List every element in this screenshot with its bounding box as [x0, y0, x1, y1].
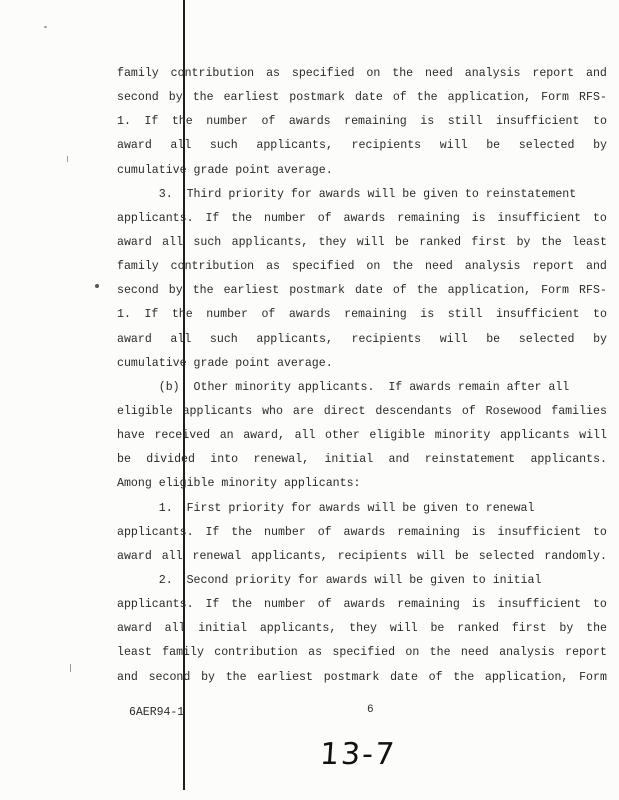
- footer-document-code: 6AER94-1: [129, 706, 184, 719]
- text-line: awardallsuchapplicants,recipientswillbes…: [117, 134, 607, 158]
- text-line: awardallinitialapplicants,theywillberank…: [117, 617, 607, 641]
- text-line: secondbytheearliestpostmarkdateoftheappl…: [117, 86, 607, 110]
- text-line: awardallsuchapplicants,theywillberankedf…: [117, 231, 607, 255]
- text-line: 2. Second priority for awards will be gi…: [117, 569, 607, 593]
- text-line: 1. First priority for awards will be giv…: [117, 497, 607, 521]
- body-text: familycontributionasspecifiedontheneedan…: [117, 62, 607, 690]
- text-line: applicants.Ifthenumberofawardsremainingi…: [117, 207, 607, 231]
- scan-speck: [67, 156, 68, 162]
- text-line: applicants.Ifthenumberofawardsremainingi…: [117, 521, 607, 545]
- text-line: bedividedintorenewal,initialandreinstate…: [117, 448, 607, 472]
- text-line: secondbytheearliestpostmarkdateoftheappl…: [117, 279, 607, 303]
- text-line: cumulative grade point average.: [117, 159, 607, 183]
- text-line: 3. Third priority for awards will be giv…: [117, 183, 607, 207]
- text-line: leastfamilycontributionasspecifiedonthen…: [117, 641, 607, 665]
- text-line: Among eligible minority applicants:: [117, 472, 607, 496]
- text-line: havereceivedanaward,allothereligiblemino…: [117, 424, 607, 448]
- document-page: familycontributionasspecifiedontheneedan…: [0, 0, 619, 800]
- text-line: familycontributionasspecifiedontheneedan…: [117, 255, 607, 279]
- text-line: applicants.Ifthenumberofawardsremainingi…: [117, 593, 607, 617]
- text-line: andsecondbytheearliestpostmarkdateofthea…: [117, 666, 607, 690]
- handwritten-note: 13-7: [319, 737, 398, 772]
- text-line: cumulative grade point average.: [117, 352, 607, 376]
- text-line: 1.Ifthenumberofawardsremainingisstillins…: [117, 110, 607, 134]
- text-line: awardallsuchapplicants,recipientswillbes…: [117, 328, 607, 352]
- scan-speck: [44, 26, 47, 28]
- text-line: eligibleapplicantswhoaredirectdescendant…: [117, 400, 607, 424]
- text-line: awardallrenewalapplicants,recipientswill…: [117, 545, 607, 569]
- scan-speck: [95, 284, 99, 288]
- text-line: (b) Other minority applicants. If awards…: [117, 376, 607, 400]
- scan-speck: [70, 664, 71, 672]
- text-line: 1.Ifthenumberofawardsremainingisstillins…: [117, 303, 607, 327]
- page-number: 6: [367, 704, 374, 716]
- text-line: familycontributionasspecifiedontheneedan…: [117, 62, 607, 86]
